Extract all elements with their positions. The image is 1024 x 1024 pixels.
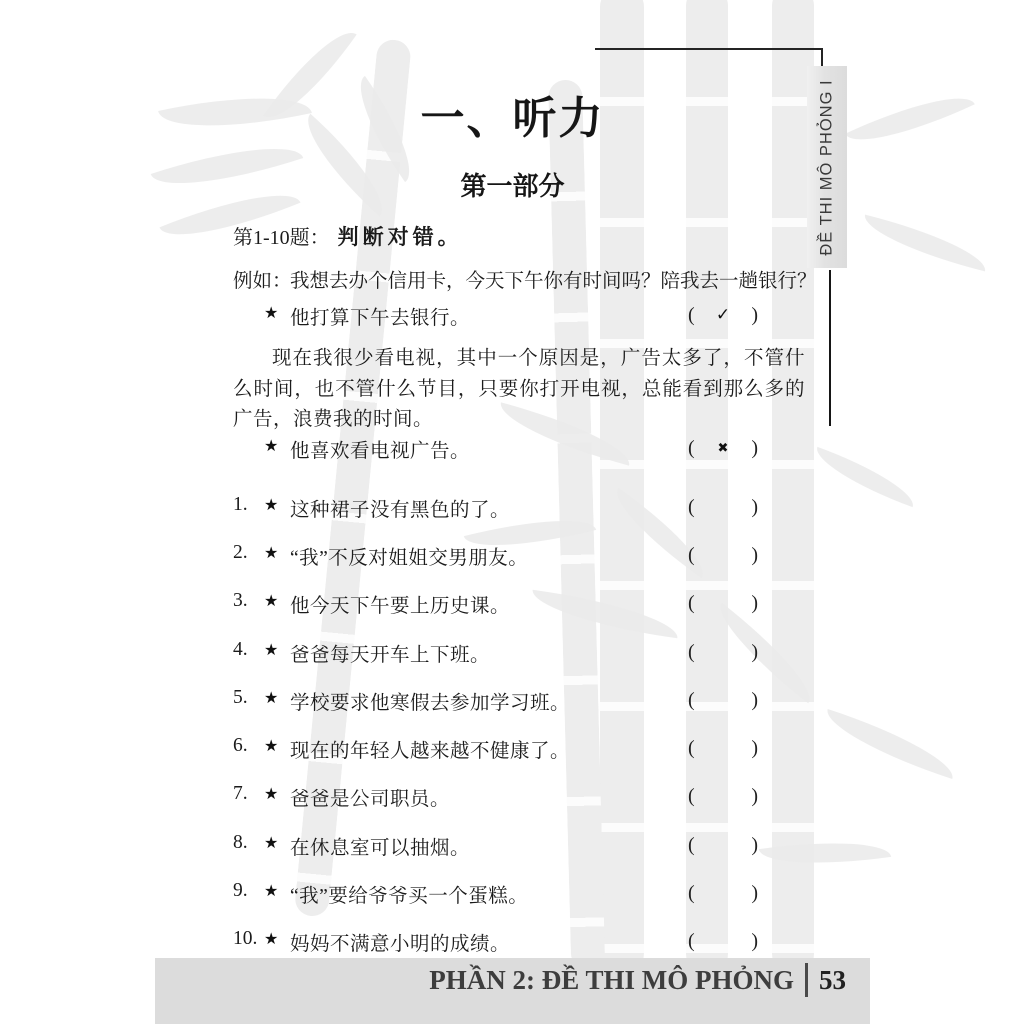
paren-open: ( (688, 496, 695, 519)
answer-slot: () (688, 880, 758, 906)
example-label: 例如： (233, 265, 290, 293)
statement-text: 爸爸每天开车上下班。 (290, 639, 490, 667)
question-number: 6. (233, 735, 248, 757)
statement-text: 他喜欢看电视广告。 (290, 435, 470, 463)
star-icon: ★ (264, 436, 278, 456)
side-tab-label: ĐỀ THI MÔ PHỎNG I (818, 79, 837, 255)
paren-open: ( (688, 689, 695, 712)
paren-open: ( (688, 544, 695, 567)
statement-text: 这种裙子没有黑色的了。 (290, 494, 510, 522)
question-number: 2. (233, 542, 248, 564)
star-icon: ★ (264, 833, 278, 853)
star-icon: ★ (264, 929, 278, 949)
instruction-range: 第1-10题： (233, 227, 330, 249)
question-row: 1. ★ 这种裙子没有黑色的了。 () (233, 494, 833, 522)
paren-close: ) (751, 496, 758, 519)
paren-open: ( (688, 737, 695, 760)
star-icon: ★ (264, 640, 278, 660)
statement-text: 他打算下午去银行。 (290, 302, 470, 330)
paren-open: ( (688, 930, 695, 953)
example-statement-row: ★ 他打算下午去银行。 (✓) (233, 302, 833, 330)
instruction-task: 判断对错。 (338, 225, 463, 249)
page-title: 一、听力 (155, 82, 870, 146)
answer-slot: (✖) (688, 435, 758, 461)
corner-bracket-vertical (821, 48, 823, 68)
paren-close: ) (751, 304, 758, 327)
example-dialogue-line: 例如：我想去办个信用卡，今天下午你有时间吗？陪我去一趟银行？ (233, 265, 817, 293)
paren-open: ( (688, 882, 695, 905)
statement-text: 现在的年轻人越来越不健康了。 (290, 735, 570, 763)
answer-slot: (✓) (688, 302, 758, 328)
star-icon: ★ (264, 543, 278, 563)
paren-open: ( (688, 785, 695, 808)
answer-slot: () (688, 590, 758, 616)
statement-text: 在休息室可以抽烟。 (290, 832, 470, 860)
question-row: 3. ★ 他今天下午要上历史课。 () (233, 590, 833, 618)
paren-open: ( (688, 304, 695, 327)
answer-slot: () (688, 639, 758, 665)
statement-text: 学校要求他寒假去参加学习班。 (290, 687, 570, 715)
star-icon: ★ (264, 303, 278, 323)
page-footer: PHẦN 2: ĐỀ THI MÔ PHỎNG 53 (155, 958, 870, 1024)
paren-close: ) (751, 930, 758, 953)
paren-close: ) (751, 641, 758, 664)
paren-close: ) (751, 592, 758, 615)
paren-close: ) (751, 785, 758, 808)
paren-close: ) (751, 737, 758, 760)
statement-text: 他今天下午要上历史课。 (290, 590, 510, 618)
answer-slot: () (688, 542, 758, 568)
footer-page-number: 53 (819, 963, 846, 997)
check-mark: ✓ (716, 305, 730, 325)
instruction-line: 第1-10题：判断对错。 (233, 221, 463, 251)
paren-open: ( (688, 592, 695, 615)
question-number: 10. (233, 928, 257, 950)
question-row: 7. ★ 爸爸是公司职员。 () (233, 783, 833, 811)
paren-open: ( (688, 641, 695, 664)
question-row: 5. ★ 学校要求他寒假去参加学习班。 () (233, 687, 833, 715)
example-dialogue: 我想去办个信用卡，今天下午你有时间吗？陪我去一趟银行？ (290, 271, 817, 292)
star-icon: ★ (264, 495, 278, 515)
star-icon: ★ (264, 591, 278, 611)
answer-slot: () (688, 783, 758, 809)
answer-slot: () (688, 494, 758, 520)
statement-text: “我”不反对姐姐交男朋友。 (290, 542, 528, 570)
question-row: 10. ★ 妈妈不满意小明的成绩。 () (233, 928, 833, 956)
star-icon: ★ (264, 784, 278, 804)
paren-close: ) (751, 689, 758, 712)
paren-close: ) (751, 437, 758, 460)
answer-slot: () (688, 735, 758, 761)
question-number: 1. (233, 494, 248, 516)
answer-slot: () (688, 832, 758, 858)
paren-close: ) (751, 834, 758, 857)
star-icon: ★ (264, 881, 278, 901)
question-row: 2. ★ “我”不反对姐姐交男朋友。 () (233, 542, 833, 570)
cross-mark: ✖ (718, 441, 729, 456)
side-tab: ĐỀ THI MÔ PHỎNG I (807, 66, 847, 268)
question-row: 4. ★ 爸爸每天开车上下班。 () (233, 639, 833, 667)
paren-close: ) (751, 544, 758, 567)
question-number: 8. (233, 832, 248, 854)
star-icon: ★ (264, 736, 278, 756)
question-row: 9. ★ “我”要给爷爷买一个蛋糕。 () (233, 880, 833, 908)
question-number: 7. (233, 783, 248, 805)
example-statement-row: ★ 他喜欢看电视广告。 (✖) (233, 435, 833, 463)
statement-text: 爸爸是公司职员。 (290, 783, 450, 811)
footer-section-title: PHẦN 2: ĐỀ THI MÔ PHỎNG (429, 963, 794, 997)
question-row: 6. ★ 现在的年轻人越来越不健康了。 () (233, 735, 833, 763)
paren-open: ( (688, 834, 695, 857)
answer-slot: () (688, 928, 758, 954)
star-icon: ★ (264, 688, 278, 708)
question-number: 9. (233, 880, 248, 902)
paren-close: ) (751, 882, 758, 905)
paren-open: ( (688, 437, 695, 460)
footer-divider (805, 963, 808, 997)
question-number: 4. (233, 639, 248, 661)
question-row: 8. ★ 在休息室可以抽烟。 () (233, 832, 833, 860)
page-subtitle: 第一部分 (155, 166, 870, 203)
statement-text: 妈妈不满意小明的成绩。 (290, 928, 510, 956)
statement-text: “我”要给爷爷买一个蛋糕。 (290, 880, 528, 908)
corner-bracket-horizontal (595, 48, 823, 50)
answer-slot: () (688, 687, 758, 713)
example-passage: 现在我很少看电视，其中一个原因是，广告太多了，不管什么时间，也不管什么节目，只要… (233, 344, 805, 436)
question-number: 3. (233, 590, 248, 612)
question-number: 5. (233, 687, 248, 709)
side-rule-line (829, 270, 831, 426)
page-content: 一、听力 第一部分 第1-10题：判断对错。 例如：我想去办个信用卡，今天下午你… (0, 0, 1024, 1024)
